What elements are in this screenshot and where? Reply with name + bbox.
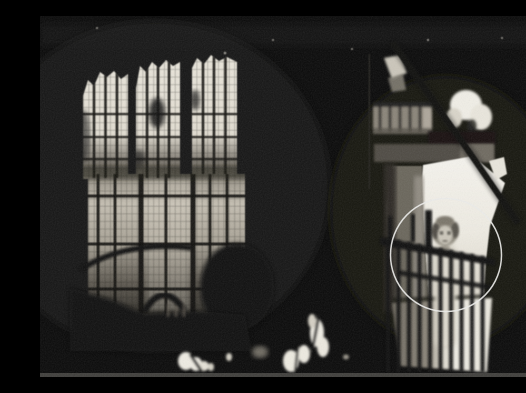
ghost-photo: black-and-white photograph [40, 16, 526, 377]
photo-canvas [40, 16, 526, 377]
film-grain-overlay [40, 16, 526, 377]
